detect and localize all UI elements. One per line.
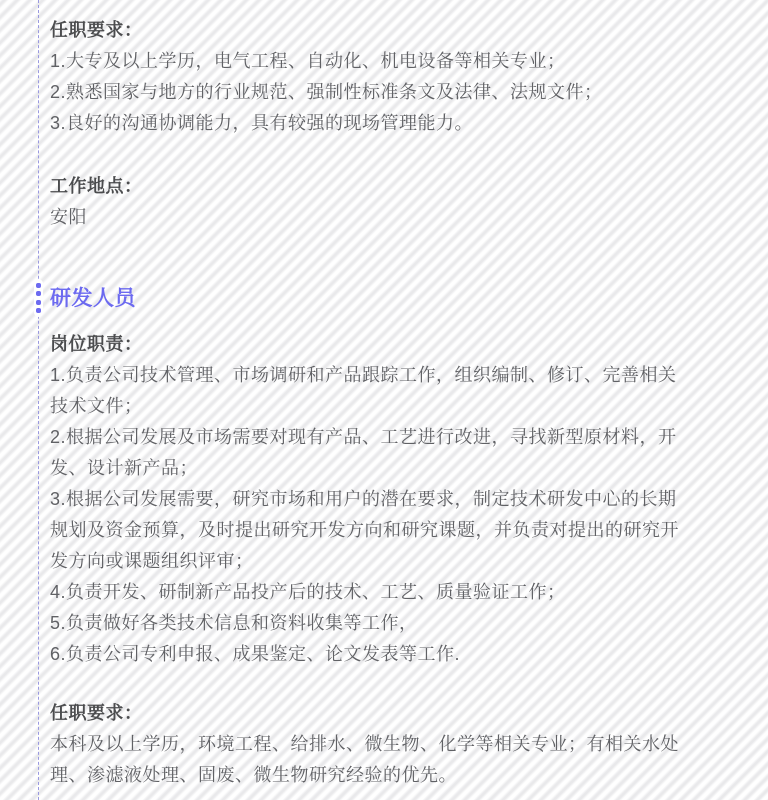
requirement-item: 1.大专及以上学历，电气工程、自动化、机电设备等相关专业；	[50, 46, 738, 77]
section-job-requirements: 任职要求： 本科及以上学历，环境工程、给排水、微生物、化学等相关专业；有相关水处…	[50, 698, 738, 791]
responsibility-item: 2.根据公司发展及市场需要对现有产品、工艺进行改进，寻找新型原材料，开 发、设计…	[50, 422, 738, 484]
dot	[36, 308, 41, 313]
section-work-location: 工作地点： 安阳	[50, 171, 738, 233]
section-job-responsibilities: 岗位职责： 1.负责公司技术管理、市场调研和产品跟踪工作，组织编制、修订、完善相…	[50, 329, 738, 670]
requirement-item: 本科及以上学历，环境工程、给排水、微生物、化学等相关专业；有相关水处 理、渗滤液…	[50, 729, 738, 791]
responsibilities-heading: 岗位职责：	[50, 329, 738, 360]
responsibility-item: 4.负责开发、研制新产品投产后的技术、工艺、质量验证工作；	[50, 577, 738, 608]
responsibility-item: 5.负责做好各类技术信息和资料收集等工作，	[50, 608, 738, 639]
dot	[36, 283, 41, 288]
section-previous-requirements: 任职要求： 1.大专及以上学历，电气工程、自动化、机电设备等相关专业； 2.熟悉…	[50, 15, 738, 139]
responsibility-item: 3.根据公司发展需要，研究市场和用户的潜在要求，制定技术研发中心的长期 规划及资…	[50, 484, 738, 577]
job-title: 研发人员	[50, 283, 738, 315]
responsibility-item: 1.负责公司技术管理、市场调研和产品跟踪工作，组织编制、修订、完善相关 技术文件…	[50, 360, 738, 422]
dot	[36, 291, 41, 296]
responsibility-item: 6.负责公司专利申报、成果鉴定、论文发表等工作.	[50, 639, 738, 670]
work-location-value: 安阳	[50, 202, 738, 233]
job-title-dots-icon	[34, 279, 43, 317]
left-dashed-guide-line	[38, 0, 39, 800]
requirement-item: 2.熟悉国家与地方的行业规范、强制性标准条文及法律、法规文件；	[50, 77, 738, 108]
dot	[36, 300, 41, 305]
requirement-item: 3.良好的沟通协调能力，具有较强的现场管理能力。	[50, 108, 738, 139]
job-posting-content: 任职要求： 1.大专及以上学历，电气工程、自动化、机电设备等相关专业； 2.熟悉…	[50, 0, 738, 791]
work-location-heading: 工作地点：	[50, 171, 738, 202]
requirements-heading: 任职要求：	[50, 15, 738, 46]
requirements-heading: 任职要求：	[50, 698, 738, 729]
